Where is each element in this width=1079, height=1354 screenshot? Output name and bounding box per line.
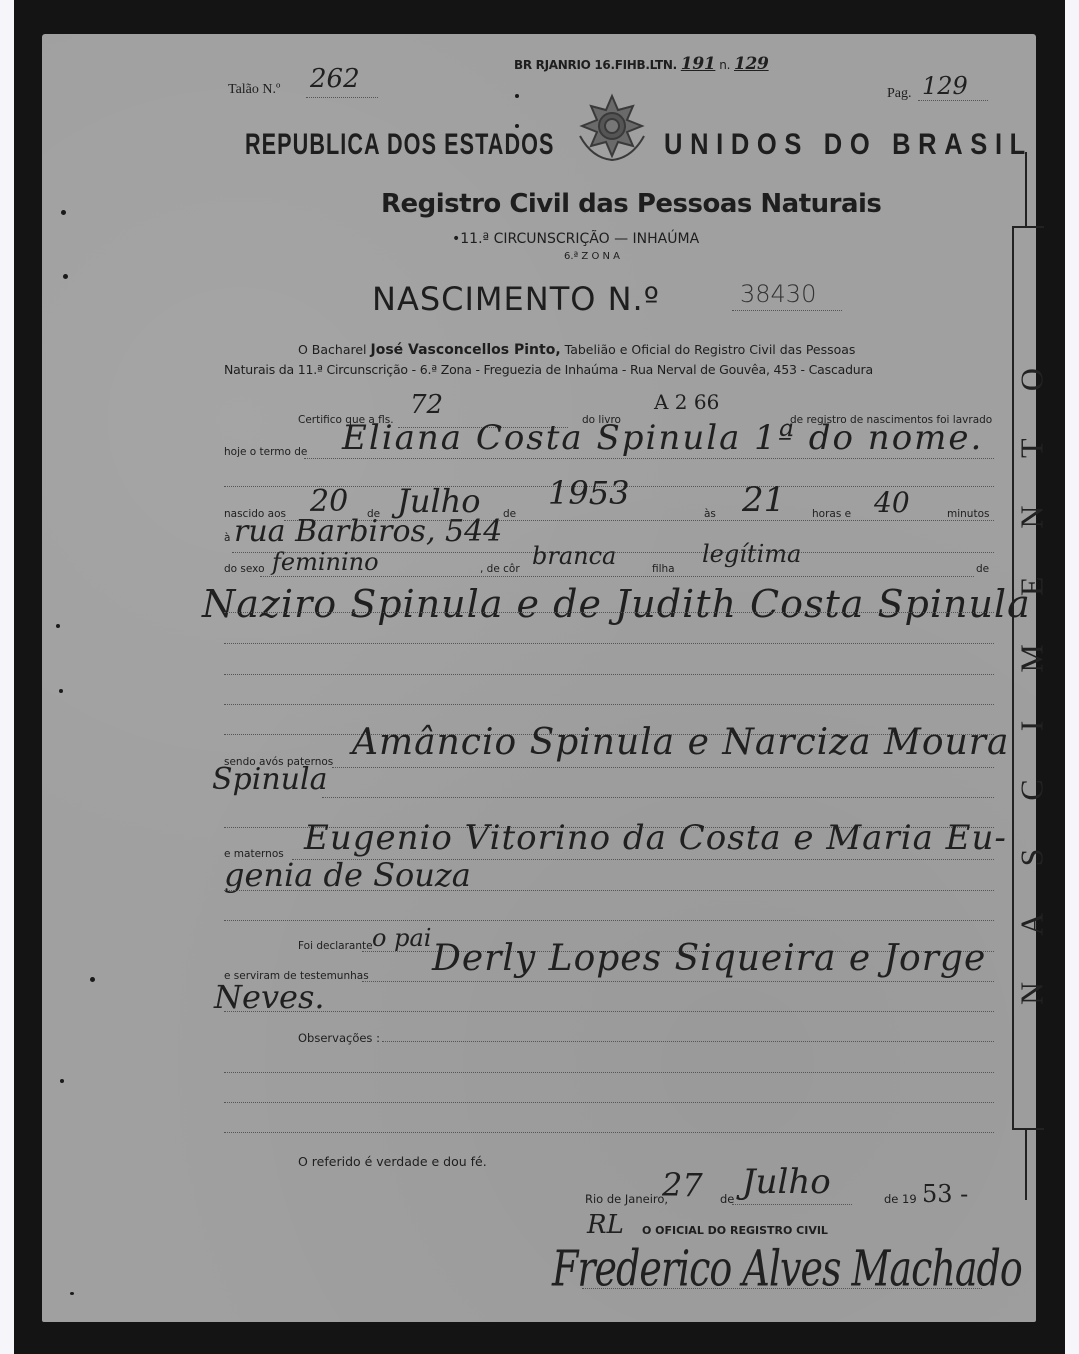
intro-prefix: O Bacharel (298, 342, 367, 357)
termo-dotline (304, 458, 994, 459)
officer-name: José Vasconcellos Pinto, (371, 342, 561, 358)
intro-line-1: O Bacharel José Vasconcellos Pinto, Tabe… (298, 342, 855, 358)
circunscricao: •11.ª CIRCUNSCRIÇÃO — INHAÚMA (452, 231, 699, 247)
signature-dotline (582, 1288, 982, 1289)
paper-speck (56, 624, 60, 628)
closing-year-value: 53 - (922, 1180, 968, 1208)
avos-maternos-value-2: genia de Souza (224, 856, 471, 894)
closing-day: 27 (662, 1166, 703, 1204)
filha-label: filha (652, 563, 675, 575)
blank-dotline (224, 1072, 994, 1073)
paper-speck (61, 210, 66, 215)
termo-value: Eliana Costa Spinula 1ª do nome. (342, 418, 983, 458)
parents-value: Naziro Spinula e de Judith Costa Spinula (202, 582, 1031, 626)
de-2-label: de (503, 508, 516, 520)
zona: 6.ª Z O N A (564, 251, 620, 262)
talao-dotline (306, 97, 378, 98)
observacoes-label: Observações : (298, 1031, 380, 1045)
side-label-text: N A S C I M E N T O (1014, 247, 1051, 1107)
sexo-dotline (260, 576, 974, 577)
doc-number: 38430 (740, 280, 816, 308)
closing-year-label: de 19 (884, 1192, 917, 1206)
observacoes-dotline (382, 1041, 994, 1042)
blank-dotline (224, 920, 994, 921)
fls-value: 72 (410, 390, 443, 420)
blank-dotline (322, 797, 994, 798)
paper-speck (90, 977, 95, 982)
birth-minute: 40 (874, 486, 910, 519)
talao-label: Talão N.º (228, 82, 280, 98)
de-3-label: de (976, 563, 989, 575)
closing-month: Julho (742, 1162, 831, 1202)
doc-number-dotline (732, 310, 842, 311)
declarante-value: o pai (372, 924, 431, 952)
archive-code: BR RJANRIO 16.FIHB.LTN. 191 n. 129 (514, 54, 769, 74)
blank-dotline (224, 890, 994, 891)
official-initials: RL (587, 1210, 624, 1240)
archive-volume: 191 (681, 54, 716, 74)
pag-dotline (918, 100, 988, 101)
birth-hour: 21 (742, 480, 785, 520)
paper-speck (59, 689, 63, 693)
minutos-label: minutos (947, 508, 989, 520)
official-label: O OFICIAL DO REGISTRO CIVIL (642, 1224, 828, 1237)
cor-label: , de côr (480, 563, 520, 575)
sexo-value: feminino (272, 548, 379, 576)
pag-label: Pag. (887, 86, 912, 102)
sexo-label: do sexo (224, 563, 265, 575)
talao-value: 262 (310, 64, 360, 94)
brazil-coat-of-arms-icon (572, 92, 652, 164)
intro-suffix: Tabelião e Oficial do Registro Civil das… (565, 342, 856, 357)
blank-dotline (224, 1102, 994, 1103)
parents-dotline (224, 612, 994, 613)
birth-year: 1953 (548, 474, 629, 512)
closing-statement: O referido é verdade e dou fé. (298, 1154, 487, 1169)
testemunhas-dotline (362, 981, 994, 982)
archive-code-label: BR RJANRIO 16.FIHB.LTN. (514, 58, 677, 72)
birth-certificate-page: BR RJANRIO 16.FIHB.LTN. 191 n. 129 Talão… (42, 34, 1036, 1322)
pag-value: 129 (922, 72, 968, 100)
a-label: à (224, 532, 230, 544)
livro-value: A 2 66 (654, 390, 719, 414)
archive-sep: n. (719, 58, 730, 72)
republic-left: REPUBLICA DOS ESTADOS (245, 128, 555, 162)
blank-dotline (224, 674, 994, 675)
paper-speck (515, 94, 519, 98)
avos-paternos-value-1: Amâncio Spinula e Narciza Moura (352, 722, 1009, 763)
archive-number: 129 (734, 54, 769, 74)
republic-right: UNIDOS DO BRASIL (664, 128, 1033, 162)
place-label: Rio de Janeiro, (585, 1192, 668, 1206)
closing-date-dotline (732, 1204, 852, 1205)
side-label-line-bottom (1025, 1128, 1027, 1200)
blank-dotline (224, 1011, 994, 1012)
avos-paternos-dotline (332, 767, 994, 768)
cor-value: branca (532, 542, 616, 570)
as-label: às (704, 508, 716, 520)
termo-label: hoje o termo de (224, 446, 307, 458)
doc-title: NASCIMENTO N.º (372, 280, 660, 318)
blank-dotline (224, 643, 994, 644)
filiacao-value: legítima (702, 540, 801, 568)
side-label-line-top (1025, 152, 1027, 226)
birth-address: rua Barbiros, 544 (234, 514, 502, 549)
paper-speck (70, 1292, 74, 1295)
registry-title: Registro Civil das Pessoas Naturais (381, 189, 881, 219)
paper-speck (63, 274, 68, 279)
horas-label: horas e (812, 508, 851, 520)
avos-paternos-value-2: Spinula (212, 762, 327, 797)
testemunhas-value-1: Derly Lopes Siqueira e Jorge (432, 938, 986, 979)
blank-dotline (224, 704, 994, 705)
intro-line-2: Naturais da 11.ª Circunscrição - 6.ª Zon… (224, 362, 873, 377)
blank-dotline (224, 1132, 994, 1133)
paper-speck (60, 1079, 64, 1083)
avos-maternos-value-1: Eugenio Vitorino da Costa e Maria Eu- (304, 818, 1007, 858)
